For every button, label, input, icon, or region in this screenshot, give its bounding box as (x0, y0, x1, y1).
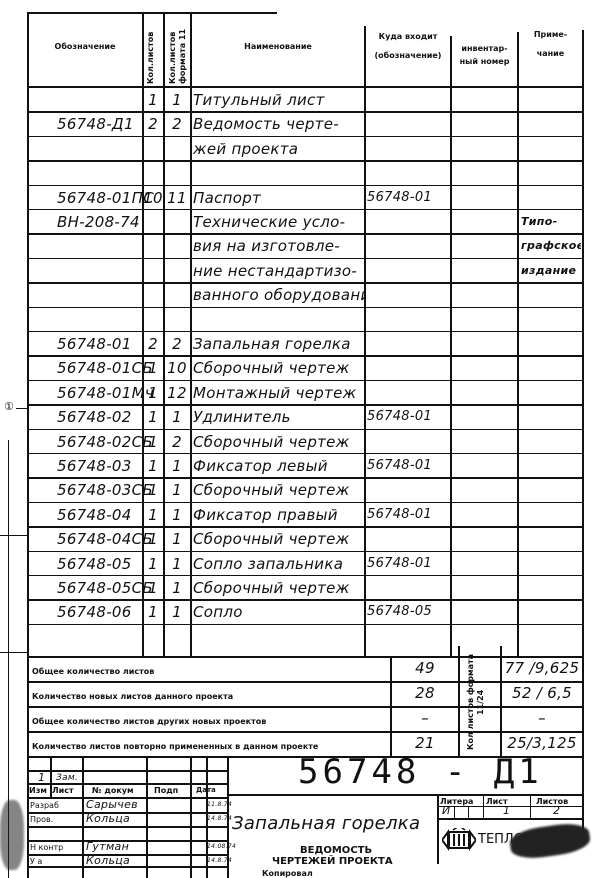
row-name: Запальная горелка (193, 332, 365, 356)
sig-date: 14.8.74 (207, 856, 232, 866)
row-name: Паспорт (193, 186, 365, 210)
table-row: 56748-0411Фиксатор правый56748-01 (27, 503, 584, 527)
litera-header-line (437, 806, 584, 807)
row-name: Ведомость черте- (193, 112, 365, 136)
row-sheets-format: 2 (164, 112, 190, 136)
totals-divider (27, 706, 584, 708)
header-primechanie-line2: чание (519, 47, 582, 60)
totals-format-value: – (502, 706, 582, 730)
row-name: Технические усло- (193, 210, 365, 234)
header-primechanie: Приме- чание (519, 28, 582, 60)
litera-sub-line (454, 806, 455, 818)
sig-date: 11.8.74 (207, 800, 232, 810)
row-sheets-format: 1 (164, 527, 190, 551)
table-row: 56748-03СБ11Сборочный чертеж (27, 478, 584, 502)
header-inventar-line1: инвентар- (452, 42, 517, 55)
row-sheets: 1 (143, 576, 163, 600)
totals-label: Количество листов повторно примененных в… (32, 742, 318, 751)
row-name: Сборочный чертеж (193, 430, 365, 454)
table-row: 56748-01Мч112Монтажный чертеж (27, 381, 584, 405)
doc-title-line2: ЧЕРТЕЖЕЙ ПРОЕКТА (272, 856, 393, 867)
row-parent: 56748-01 (367, 454, 451, 478)
organization-logo-icon (442, 828, 476, 852)
table-row: 11Титульный лист (27, 88, 584, 112)
table-row: ванного оборудования (27, 283, 584, 307)
sig-row-line (27, 756, 227, 758)
row-name: Фиксатор правый (193, 503, 365, 527)
sig-col-line (27, 756, 29, 878)
row-name: ние нестандартизо- (193, 259, 365, 283)
row-sheets-format: 1 (164, 478, 190, 502)
totals-label: Количество новых листов данного проекта (32, 692, 233, 701)
litera-sub-line (468, 806, 469, 818)
header-inventar-line2: ный номер (452, 55, 517, 68)
table-row: ние нестандартизо-издание (27, 259, 584, 283)
row-name: Сборочный чертеж (193, 527, 365, 551)
row-sheets: 1 (143, 454, 163, 478)
sig-role: Пров. (30, 815, 53, 824)
product-name: Запальная горелка (232, 812, 420, 836)
litera-value: И (442, 804, 451, 818)
table-row (27, 308, 584, 332)
table-row: 56748-01ПС1011Паспорт56748-01 (27, 186, 584, 210)
row-name: Сопло запальника (193, 552, 365, 576)
table-row: вия на изготовле-графское (27, 234, 584, 258)
ink-stain (508, 821, 591, 862)
totals-label: Общее количество листов других новых про… (32, 717, 266, 726)
table-row: 56748-05СБ11Сборочный чертеж (27, 576, 584, 600)
row-divider (27, 624, 584, 626)
binding-strip-divider (0, 652, 28, 653)
table-row (27, 161, 584, 185)
totals-col-line (458, 646, 460, 756)
binding-strip-divider (0, 535, 28, 536)
row-note: издание (521, 259, 581, 283)
row-sheets: 1 (143, 405, 163, 429)
col-izm: Изм (29, 786, 47, 795)
row-sheets: 1 (143, 527, 163, 551)
list-value: 1 (503, 804, 510, 818)
totals-format-value: 77 /9,625 (502, 656, 582, 680)
row-sheets: 1 (143, 430, 163, 454)
margin-mark-leader (16, 408, 28, 409)
row-name: Сборочный чертеж (193, 478, 365, 502)
row-parent: 56748-01 (367, 503, 451, 527)
doc-number: 56748 - Д1 (298, 752, 543, 792)
row-sheets: 1 (143, 503, 163, 527)
sig-col-line (146, 756, 148, 878)
totals-format-value: 52 / 6,5 (502, 681, 582, 705)
header-naimenovanie: Наименование (192, 40, 364, 53)
row-parent: 56748-05 (367, 600, 451, 624)
litera-value-line (437, 818, 584, 820)
row-sheets-format: 12 (164, 381, 190, 405)
table-row: 56748-0122Запальная горелка (27, 332, 584, 356)
row-sheets: 2 (143, 112, 163, 136)
copied-label: Копировал (262, 869, 313, 878)
totals-label: Общее количество листов (32, 667, 154, 676)
row-parent: 56748-01 (367, 186, 451, 210)
totals-value: 49 (392, 656, 458, 680)
row-sheets-format: 1 (164, 405, 190, 429)
table-row: 56748-0511Сопло запальника56748-01 (27, 552, 584, 576)
row-sheets-format: 1 (164, 552, 190, 576)
row-sheets-format: 10 (164, 356, 190, 380)
table-row: 56748-04СБ11Сборочный чертеж (27, 527, 584, 551)
row-name: Удлинитель (193, 405, 365, 429)
table-row: 56748-01СБ110Сборочный чертеж (27, 356, 584, 380)
sig-col-line (82, 756, 84, 878)
table-row: жей проекта (27, 137, 584, 161)
totals-value: 28 (392, 681, 458, 705)
header-oboznachenie: Обозначение (28, 40, 142, 53)
row-sheets-format: 1 (164, 600, 190, 624)
row-name: Сборочный чертеж (193, 356, 365, 380)
litera-col-line (530, 794, 531, 818)
row-sheets-format: 1 (164, 454, 190, 478)
col-list: Лист (52, 786, 74, 795)
totals-format-label: Кол листов формата 11/24 (466, 650, 494, 754)
totals-value: – (392, 706, 458, 730)
table-row: 56748-0311Фиксатор левый56748-01 (27, 454, 584, 478)
sig-role: У а (30, 857, 42, 866)
totals-divider (27, 681, 584, 683)
row-sheets: 1 (143, 478, 163, 502)
sig-role: Разраб (30, 801, 59, 810)
table-row: 56748-02СБ12Сборочный чертеж (27, 430, 584, 454)
table-row: 56748-Д122Ведомость черте- (27, 112, 584, 136)
litera-left-border (437, 794, 439, 864)
totals-divider (27, 731, 584, 733)
header-kuda-vhodit-line2: (обозначение) (366, 49, 450, 62)
row-name: ванного оборудования (193, 283, 365, 307)
table-row: 56748-0611Сопло56748-05 (27, 600, 584, 624)
row-name: жей проекта (193, 137, 365, 161)
table-row: ВН-208-74Технические усло-Типо- (27, 210, 584, 234)
header-inventar: инвентар- ный номер (452, 42, 517, 68)
row-sheets: 2 (143, 332, 163, 356)
litera-col-line (483, 794, 484, 818)
sig-name: Кольца (86, 849, 130, 873)
margin-change-mark: ① (4, 400, 14, 413)
row-sheets-format: 1 (164, 576, 190, 600)
stamp-smudge (0, 800, 24, 870)
col-date: Дата (196, 786, 216, 794)
row-name: вия на изготовле- (193, 234, 365, 258)
row-sheets-format: 1 (164, 503, 190, 527)
sig-name: Кольца (86, 807, 130, 831)
row-name: Сборочный чертеж (193, 576, 365, 600)
sig-role: Н контр (30, 843, 63, 852)
row-parent: 56748-01 (367, 405, 451, 429)
row-name: Титульный лист (193, 88, 365, 112)
row-sheets: 1 (143, 88, 163, 112)
row-parent: 56748-01 (367, 552, 451, 576)
header-kol-listov-format: Кол.листов формата 11 (168, 16, 188, 84)
rev-izm: 1 (38, 772, 45, 784)
row-sheets: 1 (143, 356, 163, 380)
row-sheets: 1 (143, 381, 163, 405)
sig-date: 14.8.74 (207, 814, 232, 824)
row-sheets: 10 (143, 186, 163, 210)
row-code: ВН-208-74 (57, 210, 169, 234)
row-name: Фиксатор левый (193, 454, 365, 478)
row-sheets: 1 (143, 552, 163, 576)
header-primechanie-line1: Приме- (519, 28, 582, 41)
row-note: Типо- (521, 210, 581, 234)
row-sheets-format: 2 (164, 332, 190, 356)
table-row: 56748-0211Удлинитель56748-01 (27, 405, 584, 429)
col-sign: Подп (154, 786, 178, 795)
rev-list: Зам. (56, 772, 78, 784)
row-sheets-format: 2 (164, 430, 190, 454)
row-sheets: 1 (143, 600, 163, 624)
row-sheets-format: 1 (164, 88, 190, 112)
header-kol-listov: Кол.листов (146, 16, 156, 84)
header-kuda-vhodit-line1: Куда входит (366, 30, 450, 43)
doc-title-line1: ВЕДОМОСТЬ (300, 845, 372, 856)
header-kuda-vhodit: Куда входит (обозначение) (366, 30, 450, 62)
row-note: графское (521, 234, 581, 258)
sig-col-line (190, 756, 192, 878)
frame-top-border (27, 12, 277, 14)
row-name: Монтажный чертеж (193, 381, 365, 405)
row-name: Сопло (193, 600, 365, 624)
listov-value: 2 (553, 804, 560, 818)
sig-date: 14.08.74 (207, 842, 236, 852)
row-sheets-format: 11 (164, 186, 190, 210)
